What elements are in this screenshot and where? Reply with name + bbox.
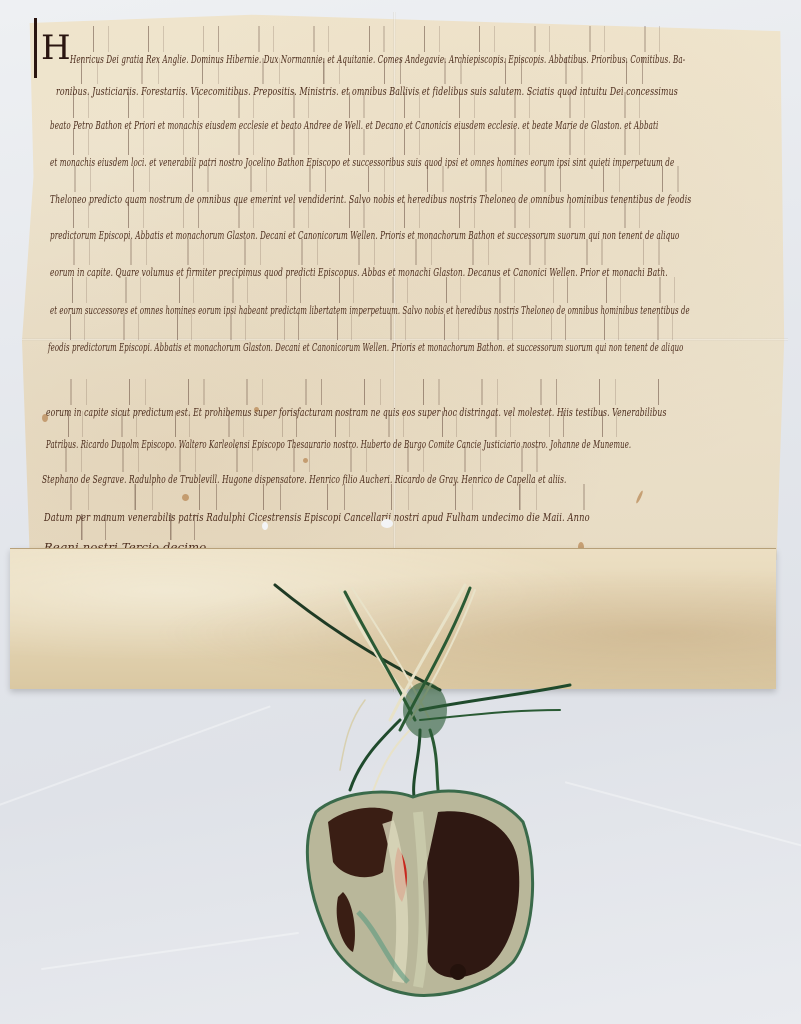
parchment-hole <box>381 519 393 528</box>
ink-stain <box>182 494 189 501</box>
ink-stain <box>42 414 48 422</box>
ink-stain <box>303 458 308 463</box>
backdrop-crease <box>0 705 271 816</box>
parchment-hole <box>262 522 268 530</box>
ink-stain <box>254 407 259 412</box>
wax-seal <box>298 782 536 1000</box>
text-line-9: feodis predictorum Episcopi. Abbatis et … <box>48 340 683 354</box>
seal-cords <box>270 570 580 810</box>
backdrop-crease <box>565 781 801 861</box>
backdrop-crease <box>41 932 299 970</box>
